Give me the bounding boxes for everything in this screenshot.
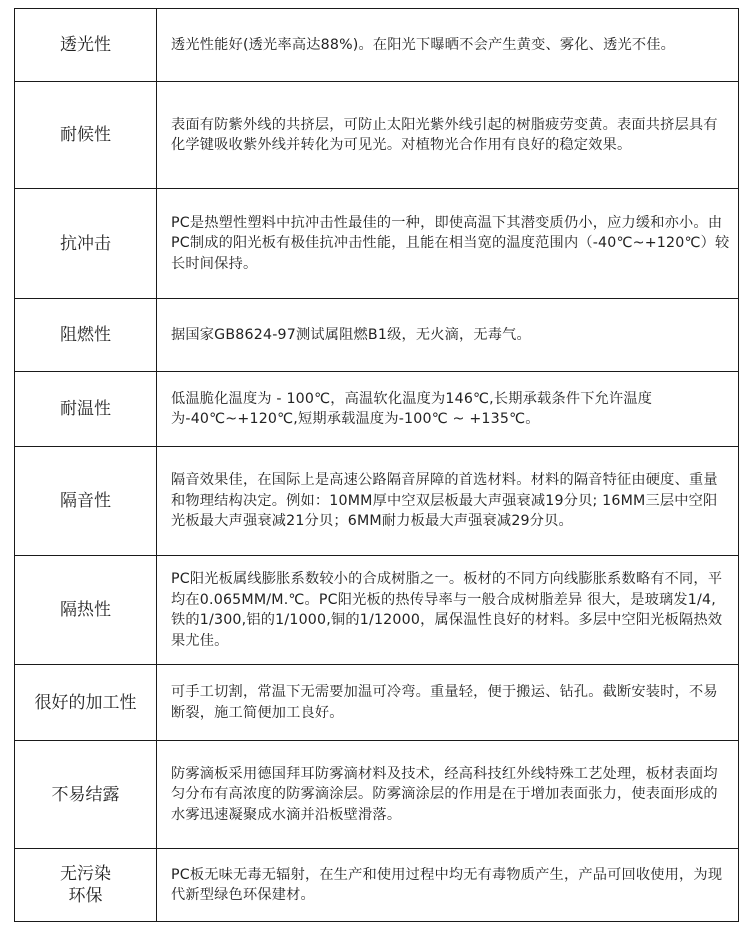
property-description: 隔音效果佳，在国际上是高速公路隔音屏障的首选材料。材料的隔音特征由硬度、重量和物… — [157, 447, 739, 556]
table-row: 耐候性 表面有防紫外线的共挤层，可防止太阳光紫外线引起的树脂疲劳变黄。表面共挤层… — [15, 82, 739, 189]
table-row: 很好的加工性 可手工切割，常温下无需要加温可冷弯。重量轻，便于搬运、钻孔。截断安… — [15, 665, 739, 741]
property-name: 透光性 — [15, 9, 157, 82]
property-name: 无污染 环保 — [15, 849, 157, 922]
property-description: PC阳光板属线膨胀系数较小的合成树脂之一。板材的不同方向线膨胀系数略有不同，平均… — [157, 556, 739, 665]
table-row: 隔音性 隔音效果佳，在国际上是高速公路隔音屏障的首选材料。材料的隔音特征由硬度、… — [15, 447, 739, 556]
property-name: 抗冲击 — [15, 189, 157, 299]
properties-table: 透光性 透光性能好(透光率高达88%)。在阳光下曝晒不会产生黄变、雾化、透光不佳… — [14, 8, 739, 922]
property-description: PC板无味无毒无辐射，在生产和使用过程中均无有毒物质产生，产品可回收使用，为现代… — [157, 849, 739, 922]
table-body: 透光性 透光性能好(透光率高达88%)。在阳光下曝晒不会产生黄变、雾化、透光不佳… — [15, 9, 739, 922]
table-row: 透光性 透光性能好(透光率高达88%)。在阳光下曝晒不会产生黄变、雾化、透光不佳… — [15, 9, 739, 82]
property-name: 阻燃性 — [15, 299, 157, 372]
property-description: 据国家GB8624-97测试属阻燃B1级，无火滴，无毒气。 — [157, 299, 739, 372]
property-name: 耐温性 — [15, 372, 157, 447]
property-name: 耐候性 — [15, 82, 157, 189]
property-name: 隔热性 — [15, 556, 157, 665]
property-description: 可手工切割，常温下无需要加温可冷弯。重量轻，便于搬运、钻孔。截断安装时，不易断裂… — [157, 665, 739, 741]
table-row: 不易结露 防雾滴板采用德国拜耳防雾滴材料及技术，经高科技红外线特殊工艺处理，板材… — [15, 741, 739, 849]
property-description: 透光性能好(透光率高达88%)。在阳光下曝晒不会产生黄变、雾化、透光不佳。 — [157, 9, 739, 82]
table-row: 阻燃性 据国家GB8624-97测试属阻燃B1级，无火滴，无毒气。 — [15, 299, 739, 372]
property-description: 表面有防紫外线的共挤层，可防止太阳光紫外线引起的树脂疲劳变黄。表面共挤层具有化学… — [157, 82, 739, 189]
table-row: 耐温性 低温脆化温度为 - 100℃，高温软化温度为146℃,长期承载条件下允许… — [15, 372, 739, 447]
table-row: 无污染 环保 PC板无味无毒无辐射，在生产和使用过程中均无有毒物质产生，产品可回… — [15, 849, 739, 922]
table-row: 隔热性 PC阳光板属线膨胀系数较小的合成树脂之一。板材的不同方向线膨胀系数略有不… — [15, 556, 739, 665]
table-row: 抗冲击 PC是热塑性塑料中抗冲击性最佳的一种，即使高温下其潜变质仍小，应力缓和亦… — [15, 189, 739, 299]
property-name: 很好的加工性 — [15, 665, 157, 741]
property-description: 防雾滴板采用德国拜耳防雾滴材料及技术，经高科技红外线特殊工艺处理，板材表面均匀分… — [157, 741, 739, 849]
property-description: 低温脆化温度为 - 100℃，高温软化温度为146℃,长期承载条件下允许温度为-… — [157, 372, 739, 447]
property-name: 不易结露 — [15, 741, 157, 849]
property-name: 隔音性 — [15, 447, 157, 556]
property-description: PC是热塑性塑料中抗冲击性最佳的一种，即使高温下其潜变质仍小，应力缓和亦小。由P… — [157, 189, 739, 299]
